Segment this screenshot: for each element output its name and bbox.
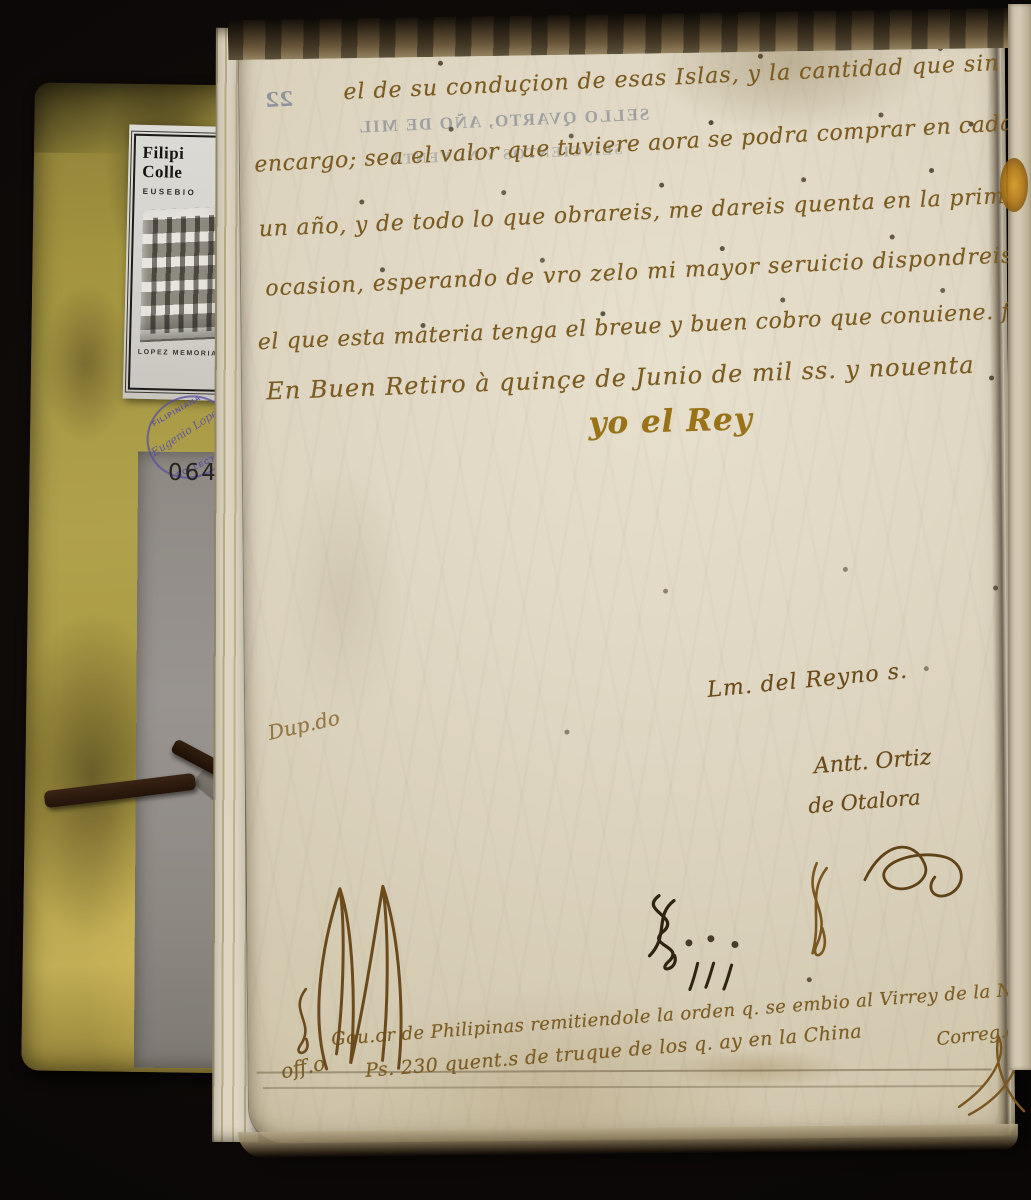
vellum-stain bbox=[40, 283, 132, 444]
bookplate-title-line2: Colle bbox=[142, 162, 184, 182]
accession-number: 064 bbox=[168, 460, 218, 486]
bookplate-title: Filipi Colle bbox=[142, 143, 185, 182]
left-edge-rubric bbox=[276, 981, 327, 1056]
mirrored-folio-number: 22 bbox=[265, 86, 294, 112]
royal-signature: yo el Rey bbox=[588, 401, 753, 441]
secretary-rubric bbox=[854, 819, 985, 915]
manuscript-page: 22 SELLO QVARTO, AÑO DE MIL SEISCIENTOS … bbox=[239, 26, 1016, 1143]
manuscript-photo: Filipi Colle EUSEBIO LOPEZ MEMORIA FILIP… bbox=[0, 0, 1031, 1200]
bookplate-subtitle: EUSEBIO bbox=[143, 187, 197, 197]
wax-spot bbox=[1000, 158, 1028, 212]
bookplate-title-line1: Filipi bbox=[142, 143, 184, 163]
rubric-flourish-brown bbox=[787, 858, 848, 974]
rubric-flourish-large bbox=[305, 868, 457, 1079]
ink-tick-cluster bbox=[684, 959, 744, 1000]
